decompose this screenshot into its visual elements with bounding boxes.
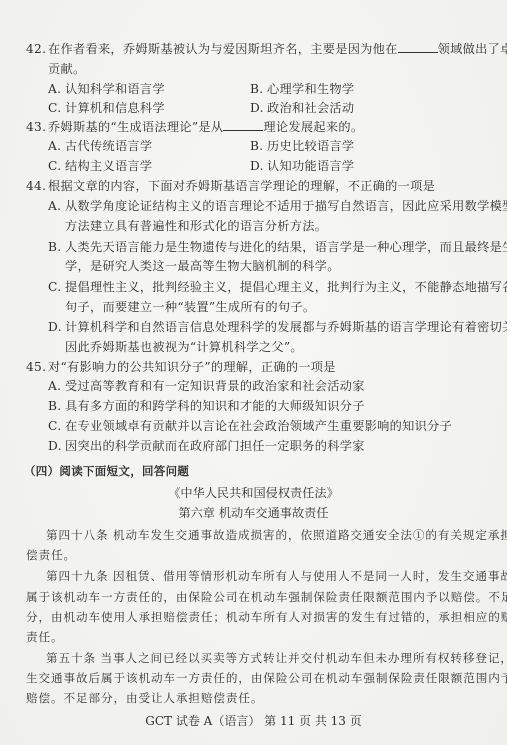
article-50-line3: 赔偿。不足部分，由受让人承担赔偿责任。 [26, 691, 263, 705]
question-43-stem: 43.乔姆斯基的“生成语法理论”是从理论发展起来的。 [26, 120, 363, 134]
question-number: 44. [26, 179, 48, 193]
question-44-stem: 44.根据文章的内容，下面对乔姆斯基语言学理论的理解，不正确的一项是 [26, 179, 435, 193]
option-b: B.心理学和生物学 [250, 82, 354, 96]
chapter-title: 第六章 机动车交通事故责任 [0, 506, 507, 520]
question-number: 43. [26, 120, 48, 134]
page-footer: GCT 试卷 A（语言） 第 11 页 共 13 页 [0, 712, 507, 729]
option-a: A.从数学角度论证结构主义的语言理论不适用于描写自然语言，因此应采用数学模型的 [48, 199, 507, 213]
law-title: 《中华人民共和国侵权责任法》 [0, 486, 507, 500]
option-c: C.计算机和信息科学 [48, 101, 165, 115]
option-c: C.提倡理性主义，批判经验主义，提倡心理主义，批判行为主义，不能静态地描写各种 [48, 280, 507, 294]
option-d: D.政治和社会活动 [250, 101, 354, 115]
option-a: A.认知科学和语言学 [48, 82, 165, 96]
option-d: D.认知功能语言学 [250, 159, 354, 173]
option-b: B.人类先天语言能力是生物遗传与进化的结果，语言学是一种心理学，而且最终是生物 [48, 240, 507, 254]
question-45-stem: 45.对“有影响力的公共知识分子”的理解，正确的一项是 [26, 360, 336, 374]
option-d: D.因突出的科学贡献而在政府部门担任一定职务的科学家 [48, 439, 365, 453]
question-42-stem-cont: 贡献。 [48, 62, 85, 76]
question-42-stem: 42.在作者看来，乔姆斯基被认为与爱因斯坦齐名，主要是因为他在领域做出了卓越 [26, 42, 507, 56]
article-48-line1: 第四十八条 机动车发生交通事故造成损害的，依照道路交通安全法①的有关规定承担赔 [46, 528, 507, 542]
question-number: 42. [26, 42, 48, 56]
article-50-line1: 第五十条 当事人之间已经以买卖等方式转让并交付机动车但未办理所有权转移登记，发 [46, 651, 507, 665]
option-a-cont: 方法建立具有普遍性和形式化的语言分析方法。 [65, 219, 327, 233]
section-heading: （四）阅读下面短文，回答问题 [24, 464, 189, 478]
article-48-line2: 偿责任。 [26, 548, 76, 562]
option-d-cont: 因此乔姆斯基也被视为“计算机科学之父”。 [65, 340, 303, 354]
option-a: A.受过高等教育和有一定知识背景的政治家和社会活动家 [48, 379, 365, 393]
article-49-line3: 分，由机动车使用人承担赔偿责任；机动车所有人对损害的发生有过错的，承担相应的赔偿 [26, 610, 507, 624]
article-49-line1: 第四十九条 因租赁、借用等情形机动车所有人与使用人不是同一人时，发生交通事故后 [46, 569, 507, 583]
option-c: C.结构主义语言学 [48, 159, 152, 173]
option-a: A.古代传统语言学 [48, 139, 152, 153]
option-d: D.计算机科学和自然语言信息处理科学的发展都与乔姆斯基的语言学理论有着密切关系， [48, 320, 507, 334]
answer-blank [398, 42, 438, 53]
option-c-cont: 句子，而要建立一种“装置”生成所有的句子。 [65, 300, 315, 314]
article-49-line2: 属于该机动车一方责任的，由保险公司在机动车强制保险责任限额范围内予以赔偿。不足部 [26, 590, 507, 604]
option-b: B.具有多方面的和跨学科的知识和才能的大师级知识分子 [48, 399, 365, 413]
option-c: C.在专业领域卓有贡献并以言论在社会政治领域产生重要影响的知识分子 [48, 419, 452, 433]
question-number: 45. [26, 360, 48, 374]
answer-blank [223, 120, 263, 131]
option-b-cont: 学，是研究人类这一最高等生物大脑机制的科学。 [65, 259, 340, 273]
article-50-line2: 生交通事故后属于该机动车一方责任的，由保险公司在机动车强制保险责任限额范围内予以 [26, 671, 507, 685]
article-49-line4: 责任。 [26, 630, 63, 644]
option-b: B.历史比较语言学 [250, 139, 354, 153]
exam-page: 42.在作者看来，乔姆斯基被认为与爱因斯坦齐名，主要是因为他在领域做出了卓越 贡… [0, 0, 507, 745]
